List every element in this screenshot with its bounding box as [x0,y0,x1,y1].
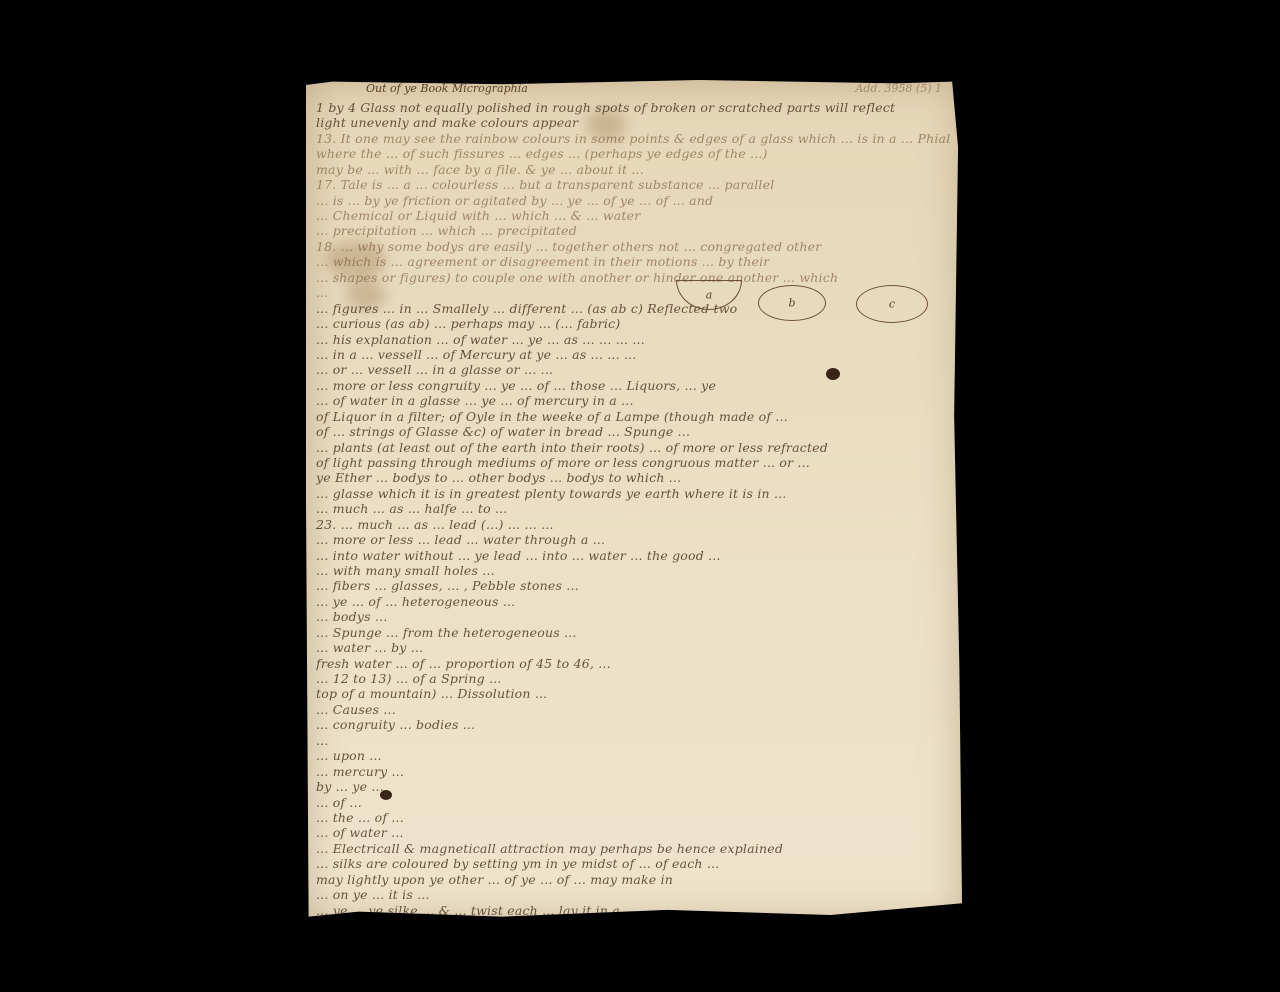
diagram-label: c [889,298,895,311]
ink-blot [380,790,392,800]
diagram-label: a [706,289,713,302]
manuscript-line: ... ye ... ye silke ... & ... twist each… [316,901,954,921]
reference-mark: Add. 3958 (5) 1 [855,82,942,95]
manuscript-page: Out of ye Book Micrographia Add. 3958 (5… [306,80,962,920]
diagram-label: b [788,297,795,310]
diagram-c: c [856,285,928,323]
page-header: Out of ye Book Micrographia Add. 3958 (5… [366,82,942,98]
diagram-b: b [758,285,826,321]
ink-blot [826,368,840,380]
header-title: Out of ye Book Micrographia [366,82,528,95]
